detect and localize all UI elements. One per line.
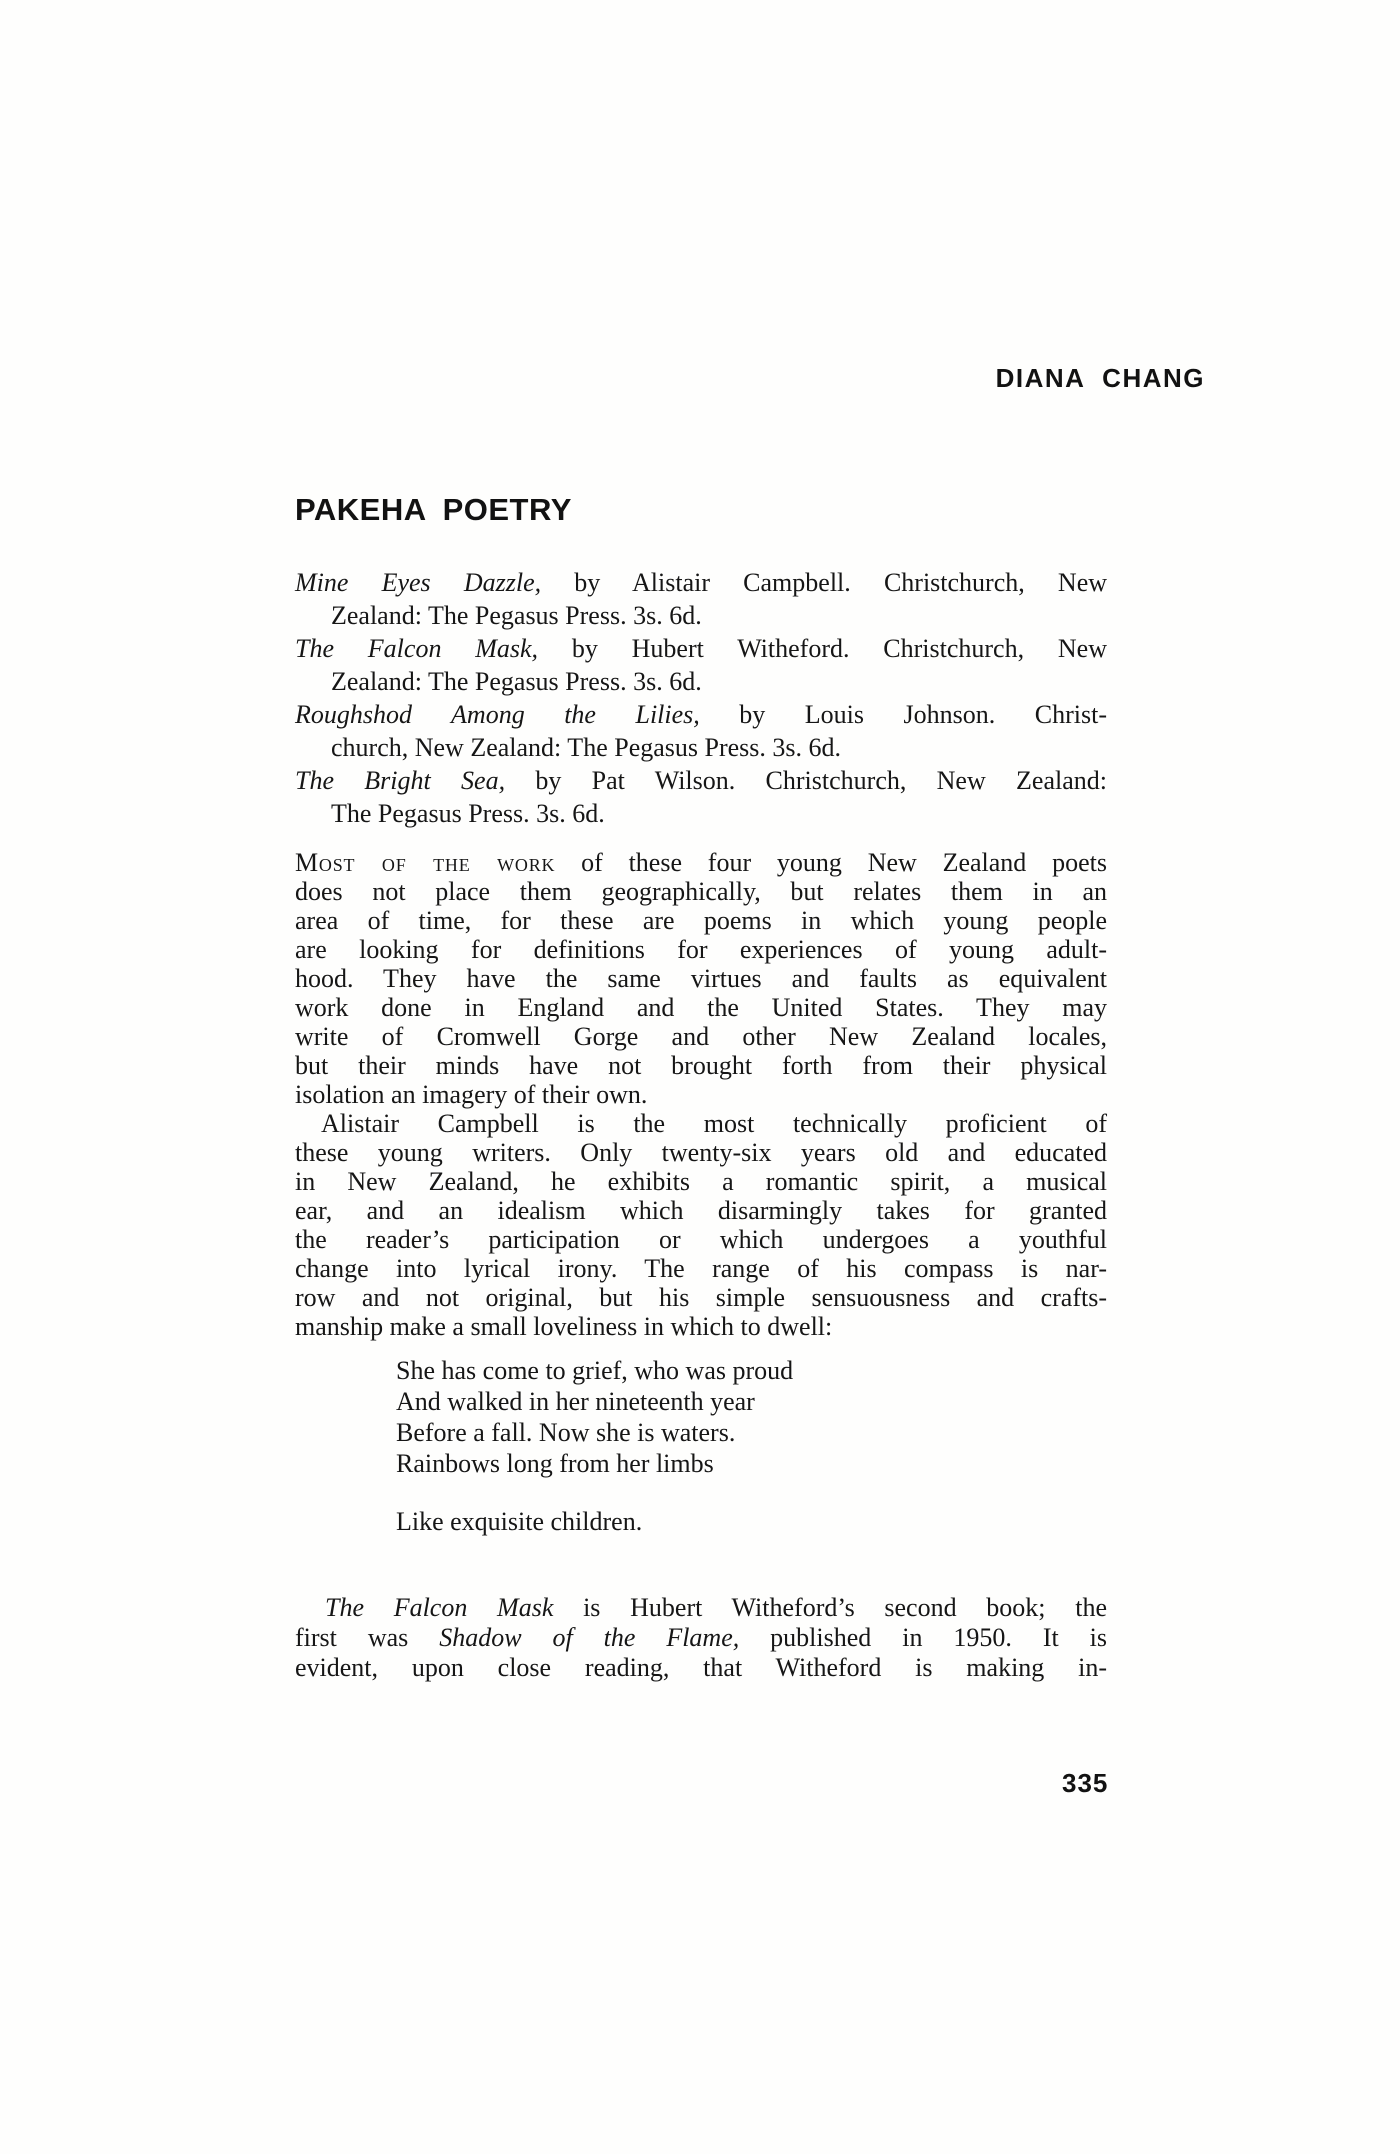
text-segment: manship make a small loveliness in which… — [295, 1312, 832, 1341]
text-segment: Mine Eyes Dazzle, — [295, 568, 541, 597]
paragraph-2: Alistair Campbell is the most technicall… — [295, 1109, 1107, 1341]
text-segment: by Louis Johnson. Christ- — [700, 700, 1107, 729]
text-line: She has come to grief, who was proud — [396, 1355, 1107, 1386]
text-line: hood. They have the same virtues and fau… — [295, 964, 1107, 993]
text-segment: The Falcon Mask, — [295, 634, 538, 663]
text-line: change into lyrical irony. The range of … — [295, 1254, 1107, 1283]
text-segment: area of time, for these are poems in whi… — [295, 906, 1107, 935]
text-segment: She has come to grief, who was proud — [396, 1356, 793, 1385]
paragraph-3: The Falcon Mask is Hubert Witheford’s se… — [295, 1593, 1107, 1683]
text-line: Roughshod Among the Lilies, by Louis Joh… — [295, 698, 1107, 731]
text-segment: but their minds have not brought forth f… — [295, 1051, 1107, 1080]
text-segment: these young writers. Only twenty-six yea… — [295, 1138, 1107, 1167]
text-line: row and not original, but his simple sen… — [295, 1283, 1107, 1312]
text-segment: row and not original, but his simple sen… — [295, 1283, 1107, 1312]
text-segment: Before a fall. Now she is waters. — [396, 1418, 735, 1447]
text-line: manship make a small loveliness in which… — [295, 1312, 1107, 1341]
text-line: Zealand: The Pegasus Press. 3s. 6d. — [295, 599, 1107, 632]
running-header-author: DIANA CHANG — [996, 363, 1205, 394]
text-line: And walked in her nineteenth year — [396, 1386, 1107, 1417]
text-line: does not place them geographically, but … — [295, 877, 1107, 906]
poem-quote: She has come to grief, who was proudAnd … — [295, 1355, 1107, 1479]
text-segment: are looking for definitions for experien… — [295, 935, 1107, 964]
text-line: The Pegasus Press. 3s. 6d. — [295, 797, 1107, 830]
text-segment: Zealand: The Pegasus Press. 3s. 6d. — [331, 667, 702, 696]
text-line: evident, upon close reading, that Withef… — [295, 1653, 1107, 1683]
text-line: ear, and an idealism which disarmingly t… — [295, 1196, 1107, 1225]
text-segment: by Hubert Witheford. Christchurch, New — [538, 634, 1107, 663]
text-segment: change into lyrical irony. The range of … — [295, 1254, 1107, 1283]
text-line: church, New Zealand: The Pegasus Press. … — [295, 731, 1107, 764]
text-segment: Shadow of the Flame, — [439, 1623, 739, 1652]
text-segment: The Bright Sea, — [295, 766, 505, 795]
text-line: the reader’s participation or which unde… — [295, 1225, 1107, 1254]
poem-quote-last-line: Like exquisite children. — [295, 1506, 1107, 1537]
article-title: PAKEHA POETRY — [295, 492, 572, 528]
scanned-journal-page: DIANA CHANG PAKEHA POETRY Mine Eyes Dazz… — [0, 0, 1400, 2154]
content-column: Mine Eyes Dazzle, by Alistair Campbell. … — [295, 566, 1107, 1683]
text-segment: is Hubert Witheford’s second book; the — [553, 1593, 1107, 1622]
text-segment: Roughshod Among the Lilies, — [295, 700, 700, 729]
text-segment: write of Cromwell Gorge and other New Ze… — [295, 1022, 1107, 1051]
page-number: 335 — [1062, 1768, 1108, 1799]
text-segment: And walked in her nineteenth year — [396, 1387, 755, 1416]
text-segment: The Falcon Mask — [325, 1593, 553, 1622]
text-line: isolation an imagery of their own. — [295, 1080, 1107, 1109]
text-line: Like exquisite children. — [396, 1506, 1107, 1537]
text-line: write of Cromwell Gorge and other New Ze… — [295, 1022, 1107, 1051]
text-segment: hood. They have the same virtues and fau… — [295, 964, 1107, 993]
text-line: these young writers. Only twenty-six yea… — [295, 1138, 1107, 1167]
bibliography: Mine Eyes Dazzle, by Alistair Campbell. … — [295, 566, 1107, 830]
text-segment: Zealand: The Pegasus Press. 3s. 6d. — [331, 601, 702, 630]
text-line: Before a fall. Now she is waters. — [396, 1417, 1107, 1448]
text-segment: work done in England and the United Stat… — [295, 993, 1107, 1022]
text-segment: church, New Zealand: The Pegasus Press. … — [331, 733, 841, 762]
text-line: Alistair Campbell is the most technicall… — [295, 1109, 1107, 1138]
text-segment: Rainbows long from her limbs — [396, 1449, 714, 1478]
text-line: first was Shadow of the Flame, published… — [295, 1623, 1107, 1653]
text-line: area of time, for these are poems in whi… — [295, 906, 1107, 935]
text-segment: Most of the work — [295, 848, 555, 877]
text-line: The Bright Sea, by Pat Wilson. Christchu… — [295, 764, 1107, 797]
text-line: Zealand: The Pegasus Press. 3s. 6d. — [295, 665, 1107, 698]
text-segment: The Pegasus Press. 3s. 6d. — [331, 799, 605, 828]
paragraph-1: Most of the work of these four young New… — [295, 848, 1107, 1109]
text-segment: evident, upon close reading, that Withef… — [295, 1653, 1107, 1682]
text-line: Rainbows long from her limbs — [396, 1448, 1107, 1479]
text-segment: by Pat Wilson. Christchurch, New Zealand… — [505, 766, 1107, 795]
text-line: Mine Eyes Dazzle, by Alistair Campbell. … — [295, 566, 1107, 599]
text-segment: isolation an imagery of their own. — [295, 1080, 647, 1109]
text-line: in New Zealand, he exhibits a romantic s… — [295, 1167, 1107, 1196]
text-segment: first was — [295, 1623, 439, 1652]
text-segment: does not place them geographically, but … — [295, 877, 1107, 906]
text-segment: the reader’s participation or which unde… — [295, 1225, 1107, 1254]
text-segment: in New Zealand, he exhibits a romantic s… — [295, 1167, 1107, 1196]
text-line: work done in England and the United Stat… — [295, 993, 1107, 1022]
text-line: The Falcon Mask, by Hubert Witheford. Ch… — [295, 632, 1107, 665]
text-segment: Like exquisite children. — [396, 1507, 642, 1536]
text-line: are looking for definitions for experien… — [295, 935, 1107, 964]
text-line: but their minds have not brought forth f… — [295, 1051, 1107, 1080]
text-segment: ear, and an idealism which disarmingly t… — [295, 1196, 1107, 1225]
text-segment: published in 1950. It is — [739, 1623, 1107, 1652]
text-line: The Falcon Mask is Hubert Witheford’s se… — [295, 1593, 1107, 1623]
text-line: Most of the work of these four young New… — [295, 848, 1107, 877]
text-segment: of these four young New Zealand poets — [555, 848, 1107, 877]
text-segment: Alistair Campbell is the most technicall… — [321, 1109, 1107, 1138]
text-segment: by Alistair Campbell. Christchurch, New — [541, 568, 1107, 597]
